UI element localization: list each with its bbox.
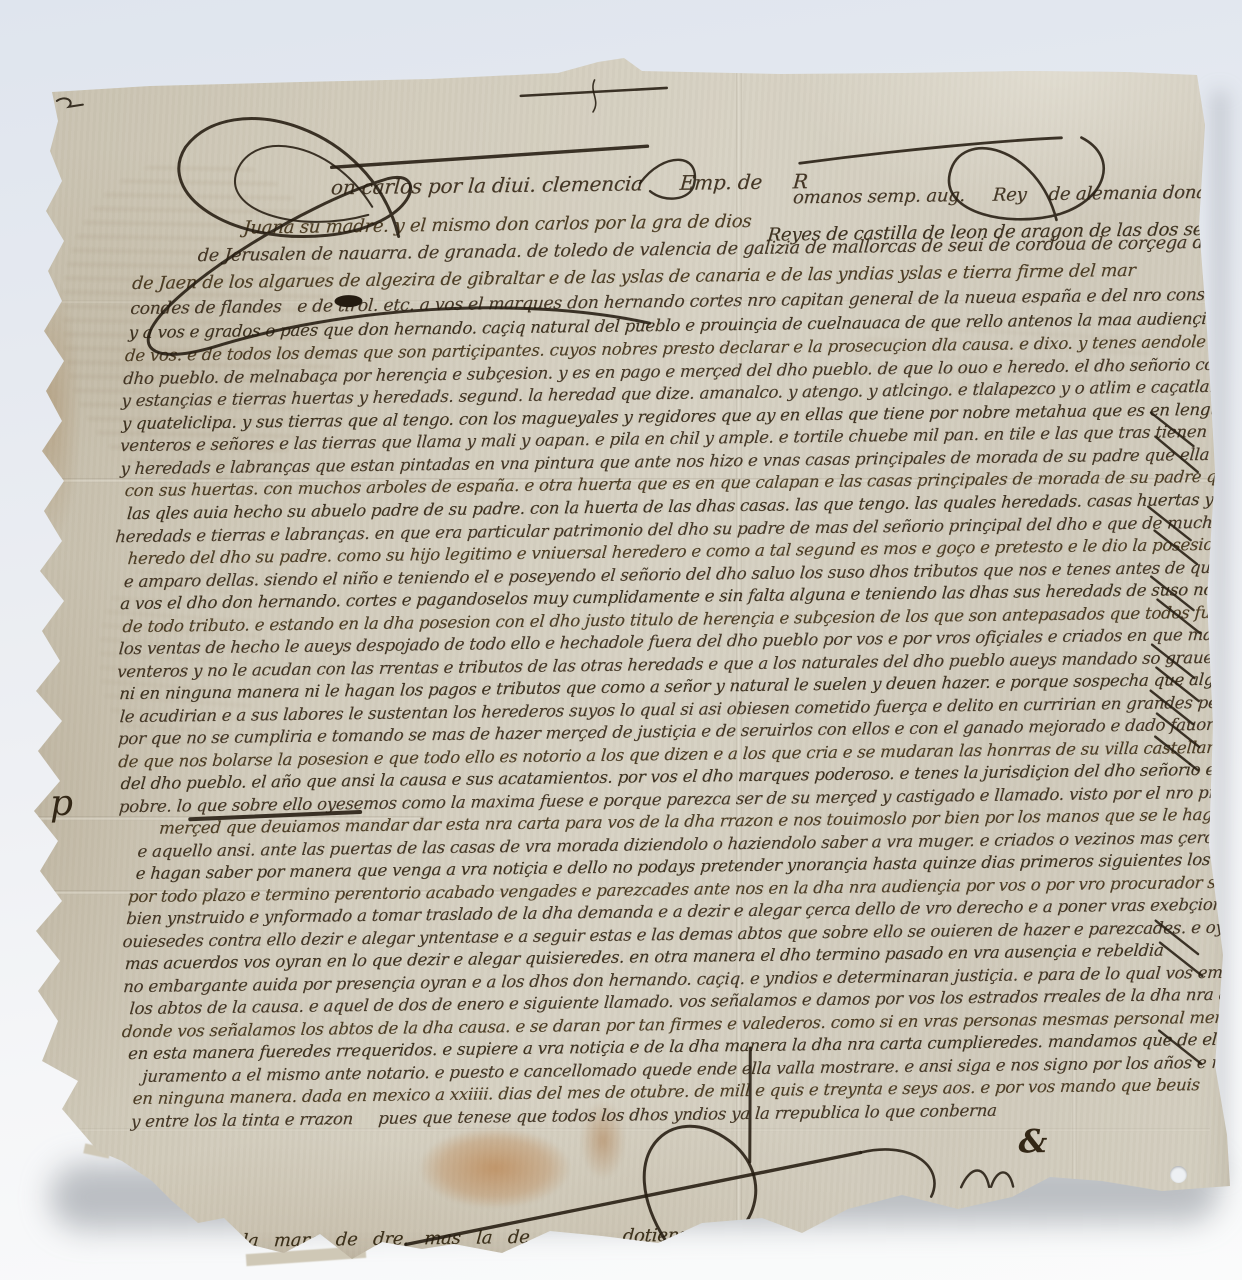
margin-p-mark: p — [50, 783, 74, 824]
photograph-scene: on carlos por la diui. clemencia Emp. de… — [0, 0, 1242, 1280]
manuscript-line: on carlos por la diui. clemencia Emp. de… — [330, 169, 809, 199]
bottom-torn-line: nos la mara de dre. mas la de dotienza p… — [164, 1221, 985, 1253]
ink-layer: on carlos por la diui. clemencia Emp. de… — [0, 0, 1242, 1280]
rubric-m-mark — [961, 1170, 1013, 1187]
manuscript-line: omanos semp. aug. Rey de alemania dona — [792, 182, 1207, 208]
ampersand-mark: & — [1018, 1122, 1047, 1160]
manuscript-sheet: on carlos por la diui. clemencia Emp. de… — [0, 0, 1242, 1280]
manuscript-text: on carlos por la diui. clemencia Emp. de… — [0, 0, 1239, 2]
s-flourish — [948, 137, 1104, 221]
invocation-stroke — [521, 88, 667, 96]
manuscript-line: Juana su madre. y el mismo don carlos po… — [243, 211, 753, 239]
